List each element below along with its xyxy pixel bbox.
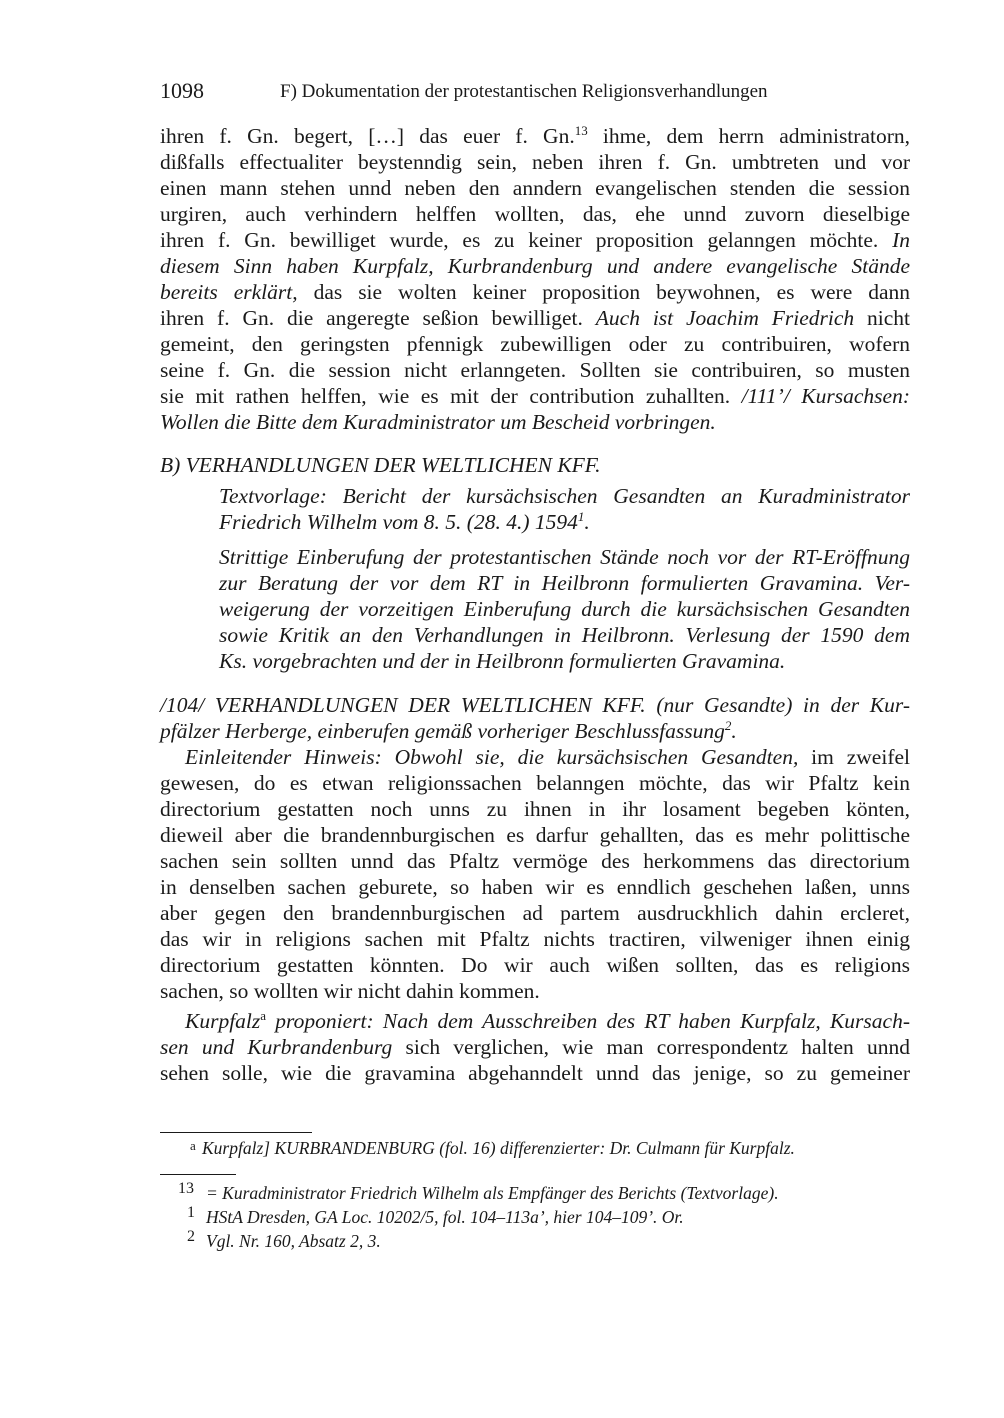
note-text: Kurpfalz] KURBRANDENBURG (fol. 16) diffe… xyxy=(202,1137,795,1159)
text-line: sachen, so wollten wir nicht dahin komme… xyxy=(160,978,910,1004)
note-separator xyxy=(160,1132,312,1133)
text-line: Einleitender Hinweis: Obwohl sie, die ku… xyxy=(160,744,910,770)
text-line: dißfalls effectualiter beystenndig sein,… xyxy=(160,149,910,175)
text-line: bereits erklärt, das sie wolten keiner p… xyxy=(160,279,910,305)
text-line: diesem Sinn haben Kurpfalz, Kurbrandenbu… xyxy=(160,253,910,279)
text-line: sehen solle, wie die gravamina abgehannd… xyxy=(160,1060,910,1086)
note-mark: a xyxy=(190,1138,196,1154)
document-page: 1098 F) Dokumentation der protestantisch… xyxy=(0,0,1004,1418)
text-line: pfälzer Herberge, einberufen gemäß vorhe… xyxy=(160,718,910,744)
text-line: directorium gestatten noch unns zu ihnen… xyxy=(160,796,910,822)
text-line: sowie Kritik an den Verhandlungen in Hei… xyxy=(219,622,910,648)
text-line: /104/ VERHANDLUNGEN DER WELTLICHEN KFF. … xyxy=(160,692,910,718)
text-line: sachen sein sollten unnd das Pfaltz verm… xyxy=(160,848,910,874)
text-line: Friedrich Wilhelm vom 8. 5. (28. 4.) 159… xyxy=(219,509,910,535)
text-line: gewesen, do es etwan religionssachen bel… xyxy=(160,770,910,796)
text-line: weigerung der vorzeitigen Einberufung du… xyxy=(219,596,910,622)
text-line: sie mit rathen helffen, wie es mit der c… xyxy=(160,383,910,409)
text-line: directorium gestatten könnten. Do wir au… xyxy=(160,952,910,978)
text-line: sen und Kurbrandenburg sich verglichen, … xyxy=(160,1034,910,1060)
section-heading: B) VERHANDLUNGEN DER WELTLICHEN KFF. xyxy=(160,452,910,478)
text-line: das wir in religions sachen mit Pfaltz n… xyxy=(160,926,910,952)
running-title: F) Dokumentation der protestantischen Re… xyxy=(280,81,768,103)
footnote-separator xyxy=(160,1174,236,1175)
footnote-ref[interactable]: 13 xyxy=(575,123,588,138)
text-line: gemeint, den geringsten pfennigk zubewil… xyxy=(160,331,910,357)
text-line: Wollen die Bitte dem Kuradministrator um… xyxy=(160,409,910,435)
text-line: aber gegen den brandennburgischen ad par… xyxy=(160,900,910,926)
footnote-text: HStA Dresden, GA Loc. 10202/5, fol. 104–… xyxy=(206,1206,684,1228)
page-number: 1098 xyxy=(160,78,204,104)
text-line: ihren f. Gn. die angeregte seßion bewill… xyxy=(160,305,910,331)
text-line: Strittige Einberufung der protestantisch… xyxy=(219,544,910,570)
footnote-mark: 13 xyxy=(178,1180,194,1198)
footnote-text: = Kuradministrator Friedrich Wilhelm als… xyxy=(206,1182,779,1204)
footnote-text: Vgl. Nr. 160, Absatz 2, 3. xyxy=(206,1230,381,1252)
text-line: ihren f. Gn. begert, […] das euer f. Gn.… xyxy=(160,123,910,149)
footnote-mark: 2 xyxy=(187,1228,195,1246)
text-line: Textvorlage: Bericht der kursächsischen … xyxy=(219,483,910,509)
text-line: ihren f. Gn. bewilliget wurde, es zu kei… xyxy=(160,227,910,253)
text-line: in denselben sachen geburete, so haben w… xyxy=(160,874,910,900)
text-line: Kurpfalza proponiert: Nach dem Ausschrei… xyxy=(160,1008,910,1034)
text-line: seine f. Gn. die session nicht erlannget… xyxy=(160,357,910,383)
text-line: Ks. vorgebrachten und der in Heilbronn f… xyxy=(219,648,910,674)
text-line: zur Beratung der vor dem RT in Heilbronn… xyxy=(219,570,910,596)
footnote-mark: 1 xyxy=(187,1204,195,1222)
text-line: urgiren, auch verhindern helffen wollten… xyxy=(160,201,910,227)
text-line: einen mann stehen unnd neben den anndern… xyxy=(160,175,910,201)
text-line: dieweil aber die brandennburgischen es d… xyxy=(160,822,910,848)
